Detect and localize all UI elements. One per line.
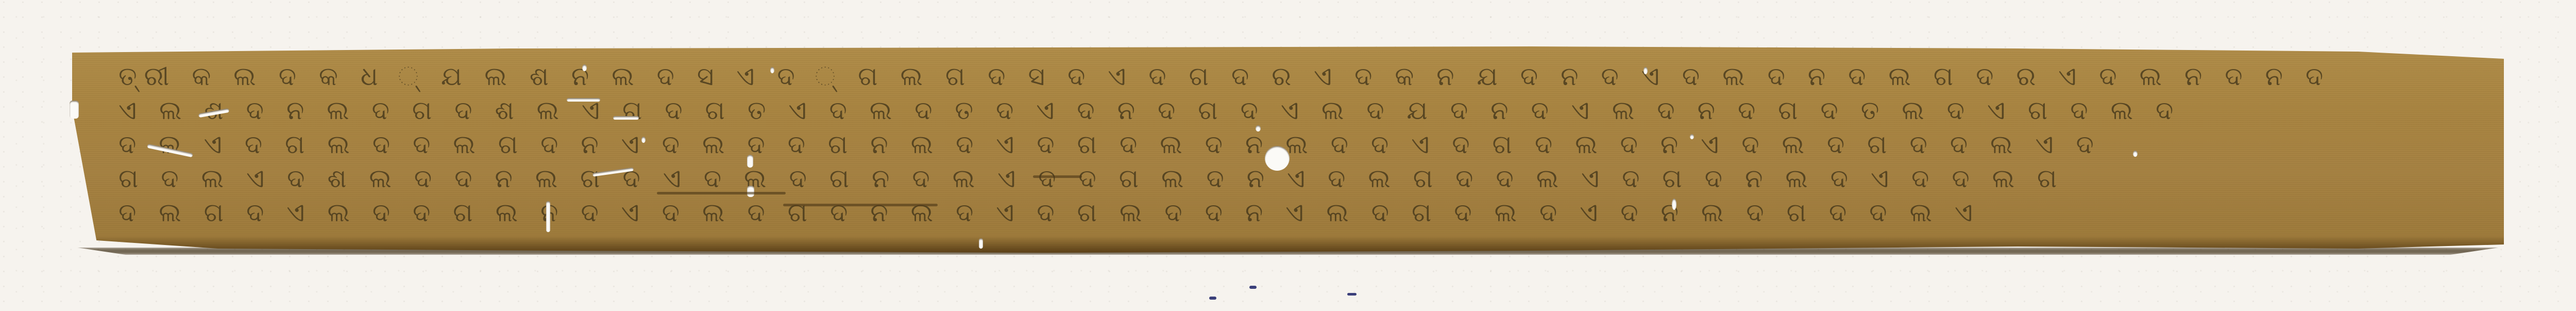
manuscript-line-1: ତ୍ରୀ କ ଲ ଦ କ ଧ ୍ ଯ ଲ ଶ ନ ଲ ଦ ସ ଏ ଦ ୍ ଗ ଲ… — [118, 59, 2411, 93]
scratch-line — [783, 204, 938, 206]
damage-crack — [747, 186, 754, 197]
ink-mark — [1347, 293, 1357, 296]
worm-hole — [1690, 134, 1694, 139]
scratch-line — [1033, 175, 1082, 178]
scratch-line — [657, 192, 786, 194]
damage-crack — [747, 155, 753, 168]
manuscript-line-2: ଏ ଲ ଶ ଦ ନ ଲ ଦ ଗ ଦ ଶ ଲ ଏ ଗ ଦ ଗ ତ ଏ ଦ ଲ ଦ … — [118, 93, 2411, 127]
manuscript-line-4: ଗ ଦ ଲ ଏ ଦ ଶ ଲ ଦ ଦ ନ ଲ ଗ ଦ ଏ ଦ ଲ ଦ ଗ ନ ଦ … — [118, 161, 2411, 195]
ink-mark — [1209, 297, 1216, 300]
manuscript-line-5: ଦ ଲ ଗ ଦ ଏ ଲ ଦ ଦ ଗ ଲ ନ ଦ ଏ ଦ ଲ ଦ ଗ ଦ ନ ଲ … — [118, 195, 2411, 230]
worm-hole — [1672, 199, 1676, 210]
damage-crack — [546, 201, 550, 232]
damage-crack — [979, 238, 983, 249]
damage-crack — [613, 116, 639, 120]
worm-hole — [641, 137, 646, 143]
ink-mark — [1249, 286, 1257, 289]
manuscript-text: ତ୍ରୀ କ ଲ ଦ କ ଧ ୍ ଯ ଲ ଶ ନ ଲ ଦ ସ ଏ ଦ ୍ ଗ ଲ… — [118, 59, 2411, 230]
damage-crack — [567, 98, 600, 102]
worm-hole — [1643, 67, 1648, 74]
binding-hole — [1265, 146, 1290, 171]
damage-crack — [70, 101, 79, 119]
worm-hole — [2133, 151, 2138, 157]
worm-hole — [582, 64, 587, 71]
worm-hole — [770, 67, 774, 73]
worm-hole — [1256, 125, 1261, 132]
